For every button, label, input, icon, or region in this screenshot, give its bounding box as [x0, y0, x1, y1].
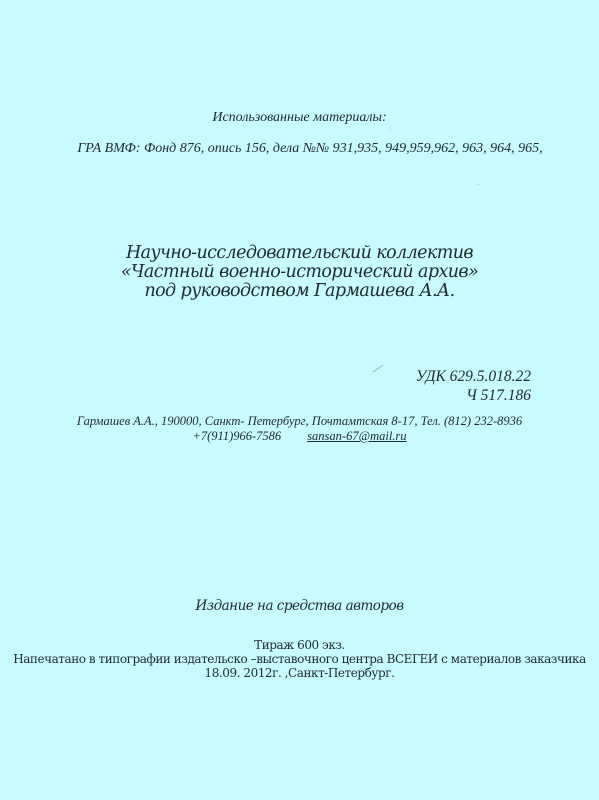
printer-info: Напечатано в типографии издательско –выс… — [0, 652, 599, 666]
collective-line-2: «Частный военно-исторический архив» — [0, 263, 599, 282]
materials-source: ГРА ВМФ: Фонд 876, опись 156, дела №№ 93… — [50, 141, 570, 157]
scan-speck — [478, 184, 479, 185]
print-date-place: 18.09. 2012г. ,Санкт-Петербург. — [0, 666, 599, 680]
collective-block: Научно-исследовательский коллектив «Част… — [0, 244, 599, 301]
materials-heading: Использованные материалы: — [0, 110, 599, 126]
edition-note: Издание на средства авторов — [0, 598, 599, 614]
collective-line-1: Научно-исследовательский коллектив — [0, 244, 599, 263]
contact-block: Гармашев А.А., 190000, Санкт- Петербург,… — [0, 414, 599, 444]
bbk-code: Ч 517.186 — [416, 386, 531, 405]
scan-speck — [390, 129, 391, 130]
collective-line-3: под руководством Гармашева А.А. — [0, 282, 599, 301]
scan-speck — [373, 365, 383, 373]
contact-email-link[interactable]: sansan-67@mail.ru — [307, 429, 406, 443]
udk-code: УДК 629.5.018.22 — [416, 367, 531, 386]
imprint-block: Тираж 600 экз. Напечатано в типографии и… — [0, 638, 599, 680]
contact-mobile: +7(911)966-7586 — [192, 429, 281, 443]
contact-address: Гармашев А.А., 190000, Санкт- Петербург,… — [0, 414, 599, 429]
print-run: Тираж 600 экз. — [0, 638, 599, 652]
contact-line-2: +7(911)966-7586sansan-67@mail.ru — [0, 429, 599, 444]
classification-codes: УДК 629.5.018.22 Ч 517.186 — [416, 367, 531, 405]
